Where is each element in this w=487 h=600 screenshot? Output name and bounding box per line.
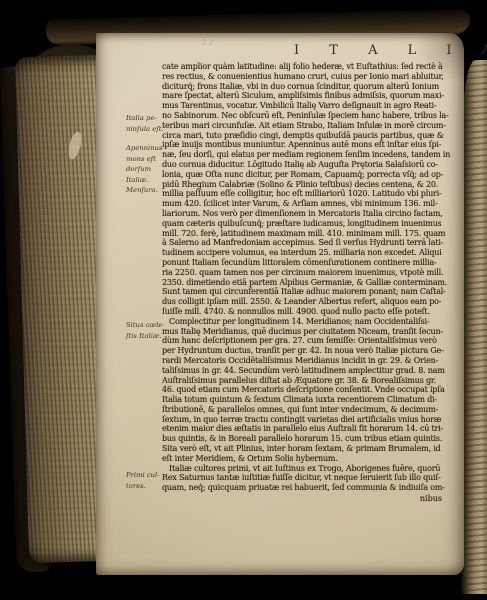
text-line: Rex Saturnus tantæ iuſtitiæ fuiſſe dicit…	[162, 473, 460, 483]
text-line: duo cornua diducitur. Lōgitudo Italię ab…	[162, 160, 460, 170]
text-line: 2350. dimetiendo etiā partem Alpibus Ger…	[162, 278, 460, 288]
text-line: no Sabinorum. Nec obſcurū eſt, Peninſulæ…	[162, 111, 460, 121]
text-line: millia paſſuum eſſe colligitur, hoc eſt …	[162, 189, 460, 199]
catchword: nibus	[420, 494, 442, 503]
faint-page-mark: 22.	[202, 39, 219, 47]
text-line: eſt inter Meridiem, & Ortum Solis hybern…	[162, 454, 460, 464]
text-line: à Salerno ad Manfredoniam accepimus. Sed…	[162, 238, 460, 248]
text-line: ipſæ inuijs montibus muniuntur. Apenninu…	[162, 140, 460, 150]
text-line: taliſsimus in gr. 44. Secundùm verò lati…	[162, 366, 460, 376]
running-head: I T A L I A.	[294, 43, 487, 58]
text-line: Complectitur per longitudinem 14. Meridi…	[162, 317, 460, 327]
text-line: mus Tarentinus, vocatur. Vmbilicū Italię…	[162, 101, 460, 111]
text-line: ria 2250. quam tamen nos per circinum ma…	[162, 268, 460, 278]
facing-page-sliver	[461, 60, 487, 594]
book-photo: 22. I T A L I A. Italia pe-ninſula eſt. …	[0, 0, 487, 600]
text-line: quam, neq́; quicquam priuatæ rei habueri…	[162, 483, 460, 493]
text-line: mare ſpectat, alterū Siculum, ampliſsimi…	[162, 91, 460, 101]
text-line: 46. quod etiam cum Mercatoris deſcriptio…	[162, 385, 460, 395]
text-line: Sita verò eſt, vt ait Plinius, inter hor…	[162, 444, 460, 454]
text-line: tudinem accipere volumus, ea interdum 25…	[162, 248, 460, 258]
text-line: Italiæ cultores primi, vt ait Iuſtinus e…	[162, 464, 460, 474]
text-line: diciturq́; frons Italiæ, vbi in duo corn…	[162, 82, 460, 92]
book-page: 22. I T A L I A. Italia pe-ninſula eſt. …	[96, 33, 464, 575]
text-line: res rectius, & conuenientius humano crur…	[162, 72, 460, 82]
text-line: dus colligit ipſam mill. 2550. & Leander…	[162, 297, 460, 307]
text-line: ſuiſſe mill. 4740. & nonnullos mill. 490…	[162, 307, 460, 317]
text-line: teribus mari circunfuſæ. Ait etiam Strab…	[162, 121, 460, 131]
text-line: Italia totum quintum & ſextum Climata iu…	[162, 395, 460, 405]
text-line: quam cæteris quibuſcunq́; præſtare iudic…	[162, 219, 460, 229]
text-line: ponunt Italiam ſecundùm littoralem cōmen…	[162, 258, 460, 268]
text-line: ſtributionē, & parallelos omnes, qui ſun…	[162, 405, 460, 415]
text-line: mill. 720. ferè, latitudinem maximam mil…	[162, 229, 460, 239]
text-line: rardi Mercatoris Occidētaliſsimus Meridi…	[162, 356, 460, 366]
text-line: dùm hanc deſcriptionem per gra. 27. cum …	[162, 336, 460, 346]
paper-chip	[67, 131, 84, 161]
text-line: lonia, quæ Oſta nunc dicitur, per Romam,…	[162, 170, 460, 180]
text-line: pidū Rhegium Calabriæ (Solino & Plinio t…	[162, 180, 460, 190]
text-line: Auſtraliſsimus parallelus diſtat ab Æqua…	[162, 376, 460, 386]
text-line: etenim maior dies æſtatis in parallelo e…	[162, 424, 460, 434]
text-line: per Hydruntum ductus, tranſit per gr. 42…	[162, 346, 460, 356]
text-line: næ, ſeu dorſi, qui elatus per mediam reg…	[162, 150, 460, 160]
text-line: bus quintis, & in Boreali parallelo hora…	[162, 434, 460, 444]
text-line: ſextum, in quo terræ tractu contingit va…	[162, 415, 460, 425]
text-line: Sunt tamen qui circunferentiā Italiæ adh…	[162, 287, 460, 297]
text-line: circa mari, tuto præſidio cingi, demptis…	[162, 131, 460, 141]
text-line: liariorum. Nos verò per dimenſionem in M…	[162, 209, 460, 219]
text-line: cate amplior quàm latitudine: alij folio…	[162, 62, 460, 72]
text-line: mum 420. ſcilicet inter Varum, & Arſiam …	[162, 199, 460, 209]
text-line: mus Italię Meridianus, quē ducimus per c…	[162, 327, 460, 337]
body-text: cate amplior quàm latitudine: alij folio…	[162, 62, 460, 493]
